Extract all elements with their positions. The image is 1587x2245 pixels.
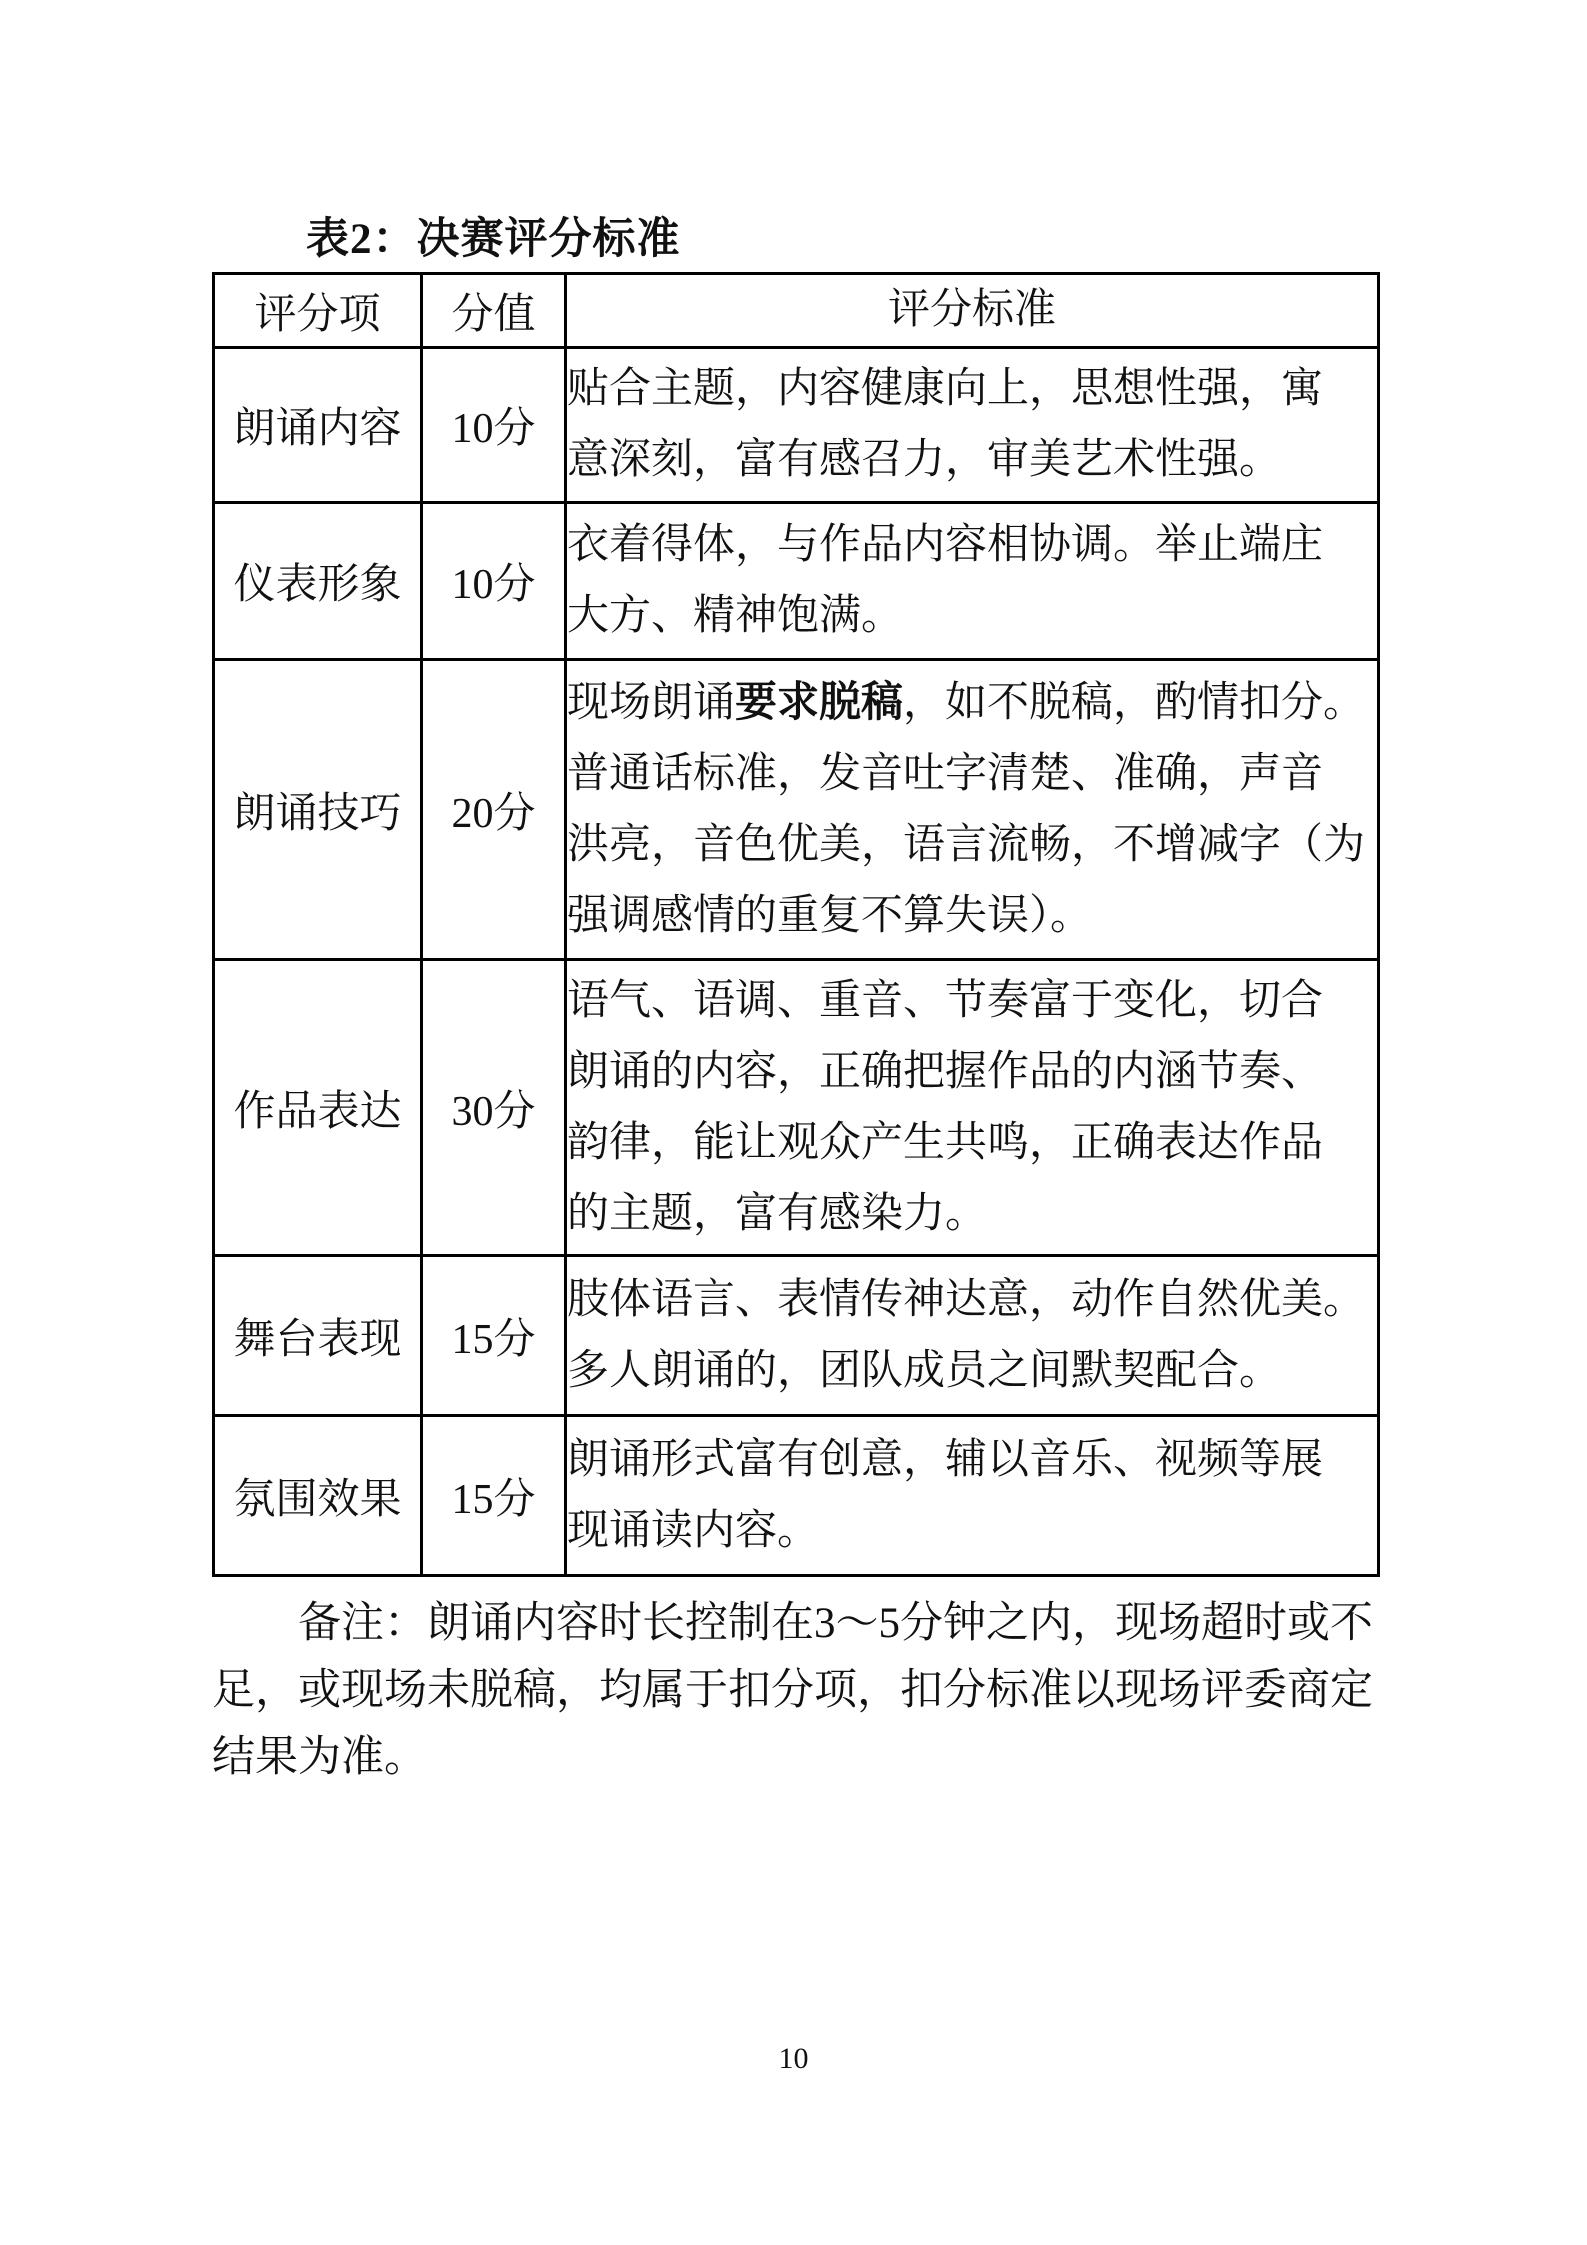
scoring-table: 评分项 分值 评分标准 朗诵内容 10分 贴合主题，内容健康向上，思想性强，寓 …: [212, 272, 1380, 1577]
cell-criteria: 朗诵形式富有创意，辅以音乐、视频等展 现诵读内容。: [566, 1416, 1379, 1576]
cell-item: 舞台表现: [214, 1256, 422, 1416]
header-criteria: 评分标准: [566, 274, 1379, 348]
cell-item: 朗诵技巧: [214, 660, 422, 960]
page-number: 10: [0, 2042, 1587, 2076]
table-row: 朗诵内容 10分 贴合主题，内容健康向上，思想性强，寓 意深刻，富有感召力，审美…: [214, 348, 1379, 503]
note-paragraph: 备注：朗诵内容时长控制在3～5分钟之内，现场超时或不 足，或现场未脱稿，均属于扣…: [212, 1590, 1382, 1791]
cell-criteria: 衣着得体，与作品内容相协调。举止端庄 大方、精神饱满。: [566, 503, 1379, 660]
cell-score: 30分: [422, 960, 566, 1256]
table-row: 仪表形象 10分 衣着得体，与作品内容相协调。举止端庄 大方、精神饱满。: [214, 503, 1379, 660]
cell-score: 10分: [422, 503, 566, 660]
cell-criteria: 语气、语调、重音、节奏富于变化，切合 朗诵的内容，正确把握作品的内涵节奏、 韵律…: [566, 960, 1379, 1256]
cell-score: 20分: [422, 660, 566, 960]
header-score: 分值: [422, 274, 566, 348]
criteria-bold-text: 要求脱稿: [735, 680, 903, 726]
document-page: 表2：决赛评分标准 评分项 分值 评分标准 朗诵内容 10分 贴合主题，内容健康…: [0, 0, 1587, 2245]
table2-title: 表2：决赛评分标准: [306, 205, 681, 266]
header-item: 评分项: [214, 274, 422, 348]
cell-item: 作品表达: [214, 960, 422, 1256]
cell-criteria: 肢体语言、表情传神达意，动作自然优美。 多人朗诵的，团队成员之间默契配合。: [566, 1256, 1379, 1416]
table-row: 作品表达 30分 语气、语调、重音、节奏富于变化，切合 朗诵的内容，正确把握作品…: [214, 960, 1379, 1256]
cell-criteria: 贴合主题，内容健康向上，思想性强，寓 意深刻，富有感召力，审美艺术性强。: [566, 348, 1379, 503]
cell-score: 15分: [422, 1416, 566, 1576]
table-row: 氛围效果 15分 朗诵形式富有创意，辅以音乐、视频等展 现诵读内容。: [214, 1416, 1379, 1576]
table-row: 舞台表现 15分 肢体语言、表情传神达意，动作自然优美。 多人朗诵的，团队成员之…: [214, 1256, 1379, 1416]
cell-item: 朗诵内容: [214, 348, 422, 503]
cell-item: 氛围效果: [214, 1416, 422, 1576]
cell-score: 15分: [422, 1256, 566, 1416]
table-row: 朗诵技巧 20分 现场朗诵要求脱稿，如不脱稿，酌情扣分。 普通话标准，发音吐字清…: [214, 660, 1379, 960]
criteria-text: 现场朗诵: [567, 680, 735, 726]
cell-item: 仪表形象: [214, 503, 422, 660]
cell-score: 10分: [422, 348, 566, 503]
cell-criteria: 现场朗诵要求脱稿，如不脱稿，酌情扣分。 普通话标准，发音吐字清楚、准确，声音 洪…: [566, 660, 1379, 960]
table-header-row: 评分项 分值 评分标准: [214, 274, 1379, 348]
